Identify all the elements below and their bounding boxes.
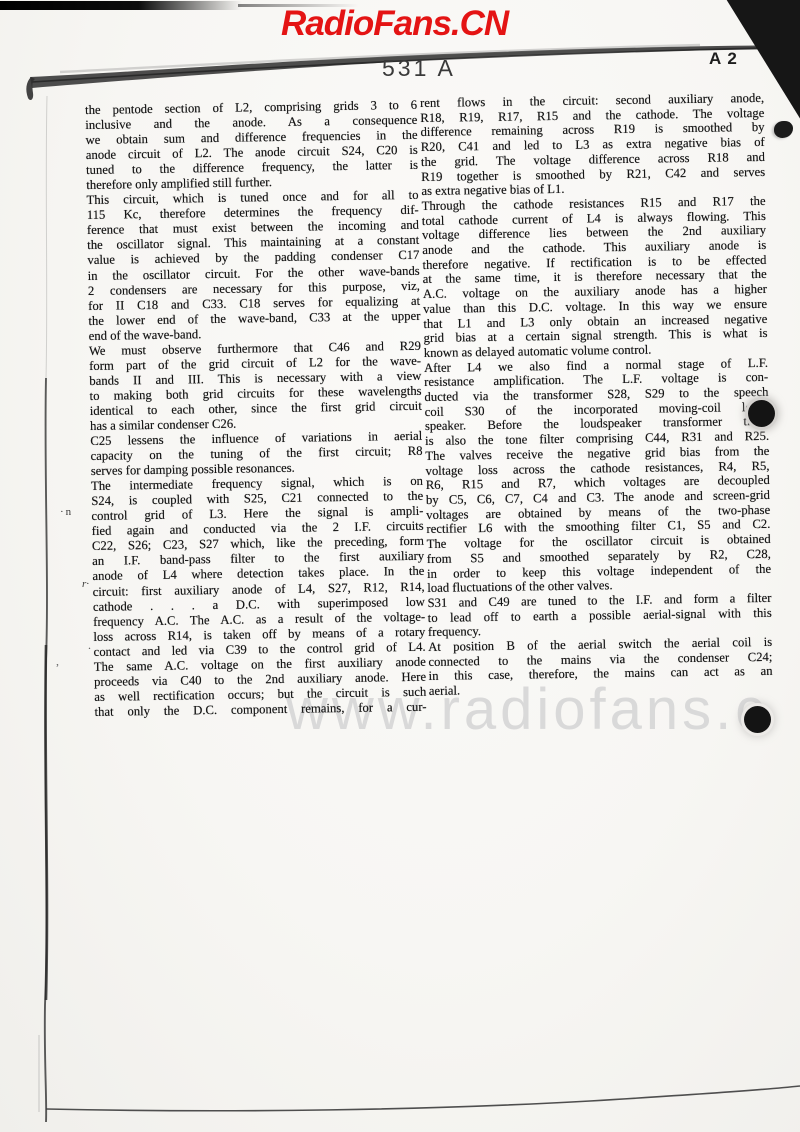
fold-line-dark [46, 645, 47, 1000]
paragraph: Through the cathode resistances R15 and … [422, 194, 768, 361]
paragraph: rent flows in the circuit: second auxili… [420, 91, 765, 199]
scanned-document-page: RadioFans.CN 531 A A 2 www.radiofans.c t… [0, 0, 800, 1132]
right-text-column: rent flows in the circuit: second auxili… [420, 91, 773, 699]
scan-corner-blob [774, 121, 793, 138]
left-text-column: the pentode section of L2, comprising gr… [85, 98, 427, 720]
stray-mark: . [88, 638, 91, 653]
paragraph: the pentode section of L2, comprising gr… [85, 98, 418, 193]
scan-top-edge-bar [0, 1, 252, 10]
crease-left-hook [26, 77, 35, 100]
bottom-edge-line [46, 1086, 800, 1111]
paragraph: The intermediate frequency signal, which… [91, 474, 427, 720]
stray-mark: , [56, 654, 59, 669]
fold-line-upper [46, 96, 47, 378]
paragraph: S31 and C49 are tuned to the I.F. and fo… [427, 591, 772, 640]
paragraph: This circuit, which is tuned once and fo… [86, 188, 420, 344]
stray-mark: r· [82, 578, 89, 590]
page-reference: A 2 [709, 49, 738, 69]
fold-line [45, 378, 47, 1122]
crease-shadow [60, 45, 700, 72]
punch-hole-lower [744, 706, 771, 733]
scan-top-edge-tail [238, 4, 358, 7]
punch-hole-upper [748, 400, 775, 427]
paragraph: C25 lessens the influence of variations … [90, 429, 423, 479]
paragraph: After L4 we also find a normal stage of … [424, 356, 771, 596]
stray-mark: ·n [60, 506, 73, 518]
document-number: 531 A [382, 55, 456, 82]
radiofans-logo: RadioFans.CN [281, 4, 508, 44]
paragraph: At position B of the aerial switch the a… [428, 635, 773, 699]
paragraph: We must observe furthermore that C46 and… [89, 339, 422, 434]
